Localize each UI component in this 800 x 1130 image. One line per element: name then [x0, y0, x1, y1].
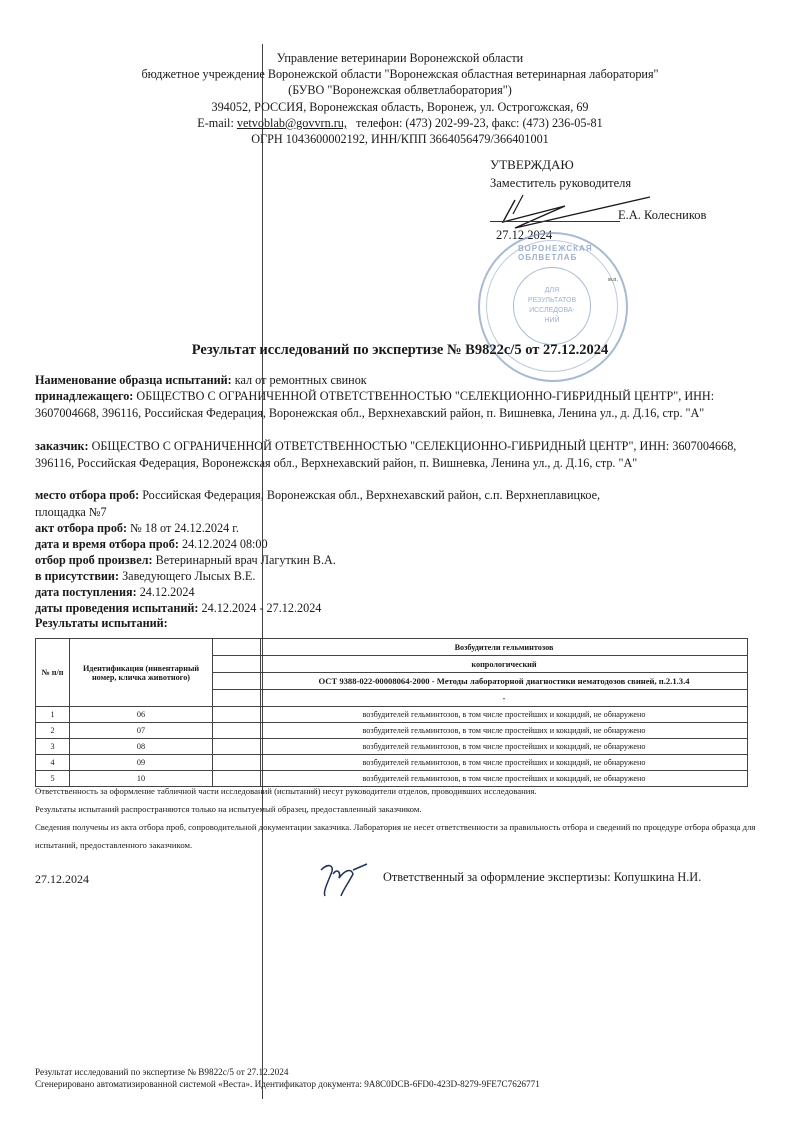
seal-line2: РЕЗУЛЬТАТОВ [514, 296, 590, 306]
field-label: заказчик: [35, 439, 89, 453]
org-parent-text: Управление ветеринарии Воронежской облас… [277, 51, 523, 65]
row-id: 07 [70, 723, 213, 739]
field-value: Заведующего Лысых В.Е. [119, 569, 255, 583]
row-num: 3 [36, 739, 70, 755]
standard-header: ОСТ 9388-022-00008064-2000 - Методы лабо… [261, 673, 748, 690]
field-label: дата и время отбора проб: [35, 537, 179, 551]
blank-cell [213, 739, 261, 755]
org-name-text: бюджетное учреждение Воронежской области… [141, 67, 658, 81]
responsible-signature-icon [315, 860, 375, 900]
org-contacts: E-mail: vetvoblab@govvrn.ru, телефон: (4… [0, 115, 800, 131]
table-row: 1 06 возбудителей гельминтозов, в том чи… [36, 707, 748, 723]
results-heading: Результаты испытаний: [35, 615, 760, 632]
org-name: бюджетное учреждение Воронежской области… [0, 66, 800, 82]
field-sampler: отбор проб произвел: Ветеринарный врач Л… [35, 552, 760, 569]
org-short-name: (БУВО "Воронежская облветлаборатория") [0, 82, 800, 98]
blank-cell [213, 707, 261, 723]
seal-line1: ДЛЯ [514, 286, 590, 296]
blank-cell [213, 673, 261, 690]
field-value: № 18 от 24.12.2024 г. [127, 521, 239, 535]
seal-line3: ИССЛЕДОВА- [514, 306, 590, 316]
field-datetime: дата и время отбора проб: 24.12.2024 08:… [35, 536, 760, 553]
blank-cell [213, 755, 261, 771]
approve-label: УТВЕРЖДАЮ [490, 157, 574, 173]
row-id: 06 [70, 707, 213, 723]
approver-name: Е.А. Колесников [618, 208, 706, 223]
units-header: - [261, 690, 748, 707]
field-value: 24.12.2024 [137, 585, 195, 599]
seal-stamp: ВОРОНЕЖСКАЯ ОБЛВЕТЛАБ ДЛЯ РЕЗУЛЬТАТОВ ИС… [478, 232, 628, 382]
col-num-header: № п/п [36, 639, 70, 707]
responsible-person: Ответственный за оформление экспертизы: … [383, 870, 701, 885]
field-label: в присутствии: [35, 569, 119, 583]
field-value: кал от ремонтных свинок [232, 373, 367, 387]
blank-cell [213, 656, 261, 673]
org-short-text: (БУВО "Воронежская облветлаборатория") [288, 83, 512, 97]
blank-cell [213, 690, 261, 707]
note-responsibility: Ответственность за оформление табличной … [35, 782, 760, 800]
field-value: 24.12.2024 - 27.12.2024 [199, 601, 322, 615]
note-scope: Результаты испытаний распространяются то… [35, 800, 760, 818]
table-row: 2 07 возбудителей гельминтозов, в том чи… [36, 723, 748, 739]
field-label: место отбора проб: [35, 488, 139, 502]
row-id: 09 [70, 755, 213, 771]
row-num: 4 [36, 755, 70, 771]
note-source: Сведения получены из акта отбора проб, с… [35, 818, 760, 854]
field-value: ОБЩЕСТВО С ОГРАНИЧЕННОЙ ОТВЕТСТВЕННОСТЬЮ… [35, 439, 736, 470]
org-registration: ОГРН 1043600002192, ИНН/КПП 3664056479/3… [0, 131, 800, 147]
field-value: 24.12.2024 08:00 [179, 537, 268, 551]
field-label: даты проведения испытаний: [35, 601, 199, 615]
row-num: 2 [36, 723, 70, 739]
footer-doc-ref: Результат исследований по экспертизе № В… [35, 1066, 288, 1078]
field-label: Наименование образца испытаний: [35, 373, 232, 387]
scan-artifact-line [262, 44, 263, 1099]
col-id-header: Идентификация (инвентарный номер, кличка… [70, 639, 213, 707]
seal-inner: ДЛЯ РЕЗУЛЬТАТОВ ИССЛЕДОВА- НИЙ [513, 267, 591, 345]
field-place: место отбора проб: Российская Федерация,… [35, 487, 760, 520]
field-owner: принадлежащего: ОБЩЕСТВО С ОГРАНИЧЕННОЙ … [35, 388, 760, 421]
row-result: возбудителей гельминтозов, в том числе п… [261, 723, 748, 739]
org-address: 394052, РОССИЯ, Воронежская область, Вор… [0, 99, 800, 115]
results-label: Результаты испытаний: [35, 616, 168, 630]
signoff-date: 27.12.2024 [35, 872, 89, 887]
row-result: возбудителей гельминтозов, в том числе п… [261, 739, 748, 755]
row-id: 08 [70, 739, 213, 755]
seal-line4: НИЙ [514, 316, 590, 326]
field-value: ОБЩЕСТВО С ОГРАНИЧЕННОЙ ОТВЕТСТВЕННОСТЬЮ… [35, 389, 714, 420]
signature-line [490, 221, 620, 222]
field-value-cont: площадка №7 [35, 505, 107, 519]
field-received: дата поступления: 24.12.2024 [35, 584, 760, 601]
field-label: акт отбора проб: [35, 521, 127, 535]
blank-cell [213, 723, 261, 739]
seal-arc-text: ВОРОНЕЖСКАЯ ОБЛВЕТЛАБ [518, 244, 626, 262]
org-registration-text: ОГРН 1043600002192, ИНН/КПП 3664056479/3… [251, 132, 549, 146]
table-row: 4 09 возбудителей гельминтозов, в том чи… [36, 755, 748, 771]
row-result: возбудителей гельминтозов, в том числе п… [261, 707, 748, 723]
field-presence: в присутствии: Заведующего Лысых В.Е. [35, 568, 760, 585]
row-num: 1 [36, 707, 70, 723]
table-row: 3 08 возбудителей гельминтозов, в том чи… [36, 739, 748, 755]
method-header: копрологический [261, 656, 748, 673]
footer-generated: Сгенерировано автоматизированной системо… [35, 1078, 540, 1090]
phones-text: телефон: (473) 202-99-23, факс: (473) 23… [356, 116, 603, 130]
field-label: отбор проб произвел: [35, 553, 153, 567]
row-result: возбудителей гельминтозов, в том числе п… [261, 755, 748, 771]
group-header: Возбудители гельминтозов [261, 639, 748, 656]
field-value: Российская Федерация, Воронежская обл., … [139, 488, 600, 502]
field-value: Ветеринарный врач Лагуткин В.А. [153, 553, 336, 567]
org-parent: Управление ветеринарии Воронежской облас… [0, 50, 800, 66]
table-header-row: № п/п Идентификация (инвентарный номер, … [36, 639, 748, 656]
email-link[interactable]: vetvoblab@govvrn.ru, [237, 116, 347, 130]
field-label: принадлежащего: [35, 389, 133, 403]
field-customer: заказчик: ОБЩЕСТВО С ОГРАНИЧЕННОЙ ОТВЕТС… [35, 438, 760, 471]
results-table: № п/п Идентификация (инвентарный номер, … [35, 638, 748, 787]
field-act: акт отбора проб: № 18 от 24.12.2024 г. [35, 520, 760, 537]
approver-position: Заместитель руководителя [490, 176, 631, 191]
org-address-text: 394052, РОССИЯ, Воронежская область, Вор… [211, 100, 588, 114]
seal-mark: м.п. [608, 277, 618, 283]
field-sample: Наименование образца испытаний: кал от р… [35, 372, 760, 389]
field-label: дата поступления: [35, 585, 137, 599]
blank-cell [213, 639, 261, 656]
page-title: Результат исследований по экспертизе № В… [0, 342, 800, 359]
email-label: E-mail: [197, 116, 234, 130]
